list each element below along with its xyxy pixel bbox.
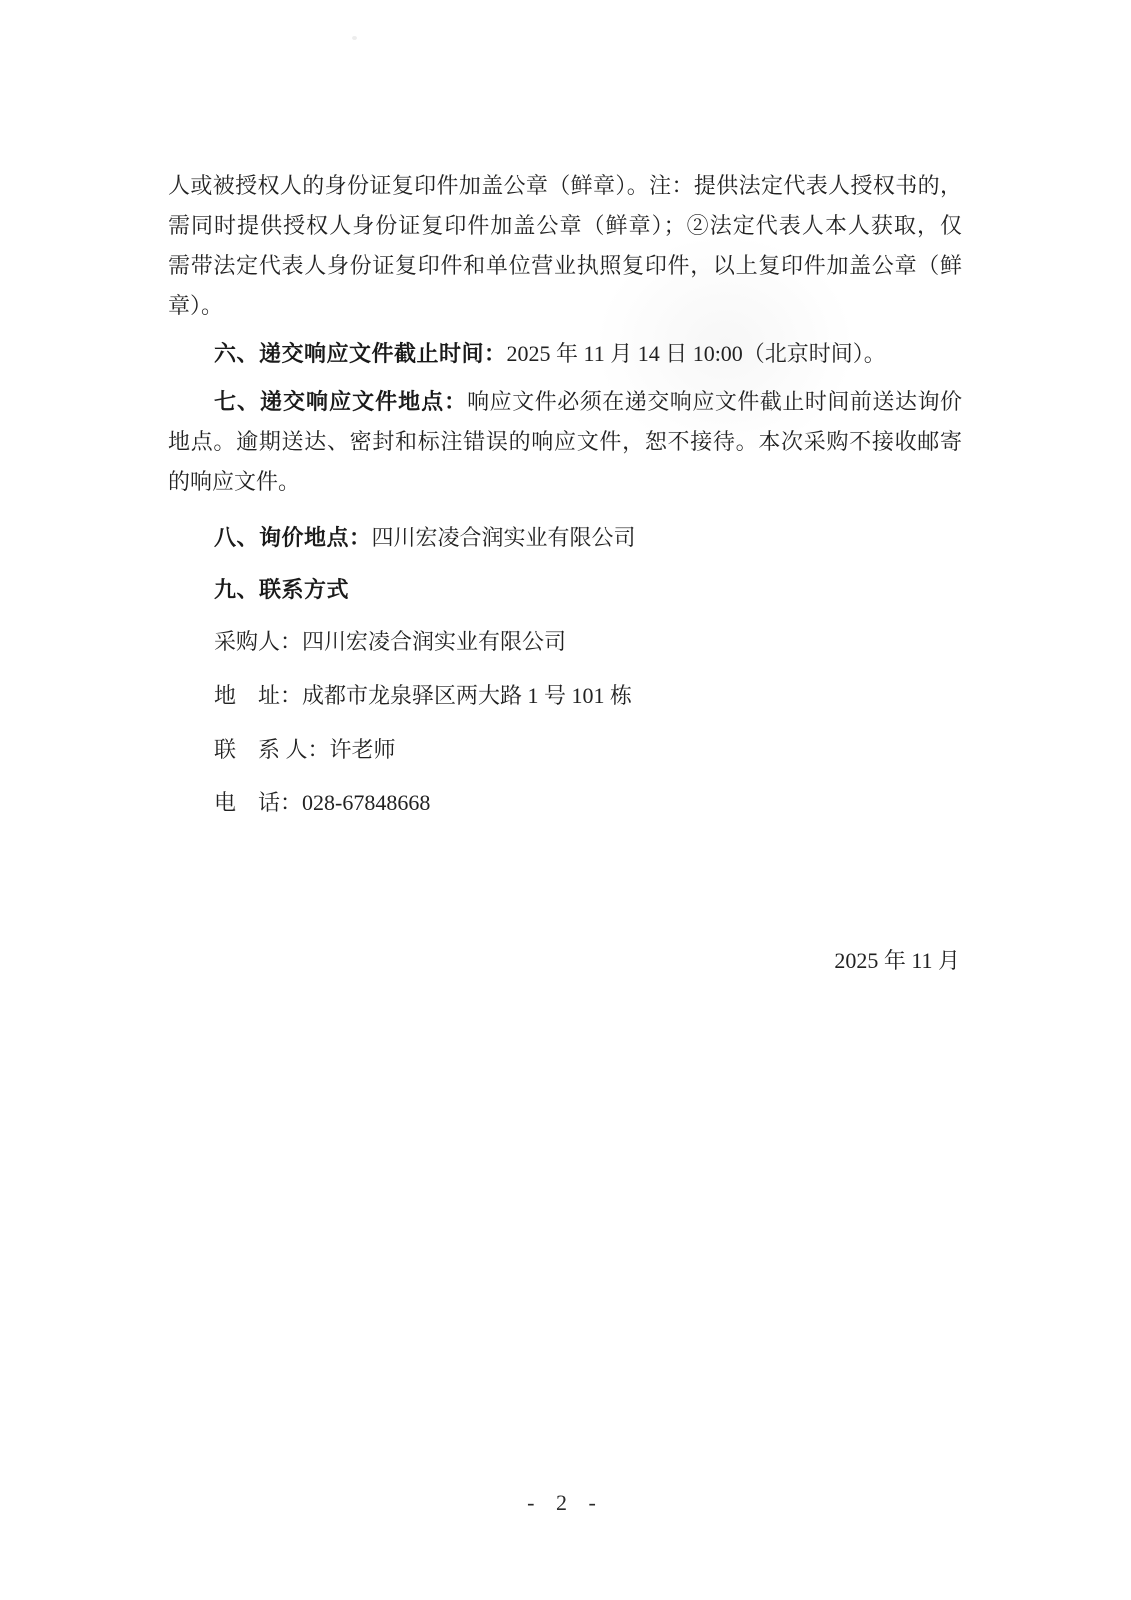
page-number: - 2 - [0,1490,1131,1516]
body-line: 需同时提供授权人身份证复印件加盖公章（鲜章）；②法定代表人本人获取，仅 [168,206,962,246]
contact-person: 联 系 人：许老师 [168,730,962,770]
contact-phone: 电 话：028-67848668 [168,783,962,823]
section-delivery-label: 七、递交响应文件地点： [214,389,467,414]
paragraph-continuation: 人或被授权人的身份证复印件加盖公章（鲜章）。注：提供法定代表人授权书的， 需同时… [168,166,962,326]
section-deadline-label: 六、递交响应文件截止时间： [214,341,507,366]
section-inquiry-place-text: 四川宏凌合润实业有限公司 [372,525,636,550]
contact-purchaser-label: 采购人： [214,629,302,654]
document-page: 人或被授权人的身份证复印件加盖公章（鲜章）。注：提供法定代表人授权书的， 需同时… [0,0,1131,1600]
section-delivery-line: 七、递交响应文件地点：响应文件必须在递交响应文件截止时间前送达询价 [168,382,962,422]
section-contact-heading: 九、联系方式 [168,570,962,610]
section-delivery-place: 七、递交响应文件地点：响应文件必须在递交响应文件截止时间前送达询价 地点。逾期送… [168,382,962,502]
section-delivery-text: 响应文件必须在递交响应文件截止时间前送达询价 [467,389,962,414]
contact-purchaser-value: 四川宏凌合润实业有限公司 [302,629,566,654]
section-deadline: 六、递交响应文件截止时间：2025 年 11 月 14 日 10:00（北京时间… [168,334,962,374]
body-line: 需带法定代表人身份证复印件和单位营业执照复印件，以上复印件加盖公章（鲜 [168,246,962,286]
section-deadline-text: 2025 年 11 月 14 日 10:00（北京时间）。 [507,341,886,366]
contact-phone-label: 电 话： [214,790,302,815]
section-delivery-line: 地点。逾期送达、密封和标注错误的响应文件，恕不接待。本次采购不接收邮寄 [168,422,962,462]
contact-person-label: 联 系 人： [214,737,330,762]
contact-purchaser: 采购人：四川宏凌合润实业有限公司 [168,622,962,662]
contact-address-value: 成都市龙泉驿区两大路 1 号 101 栋 [302,683,632,708]
contact-person-value: 许老师 [330,737,396,762]
contact-phone-value: 028-67848668 [302,790,430,815]
document-body: 人或被授权人的身份证复印件加盖公章（鲜章）。注：提供法定代表人授权书的， 需同时… [168,166,962,823]
body-line: 人或被授权人的身份证复印件加盖公章（鲜章）。注：提供法定代表人授权书的， [168,166,962,206]
scan-speck [352,36,357,40]
contact-address: 地 址：成都市龙泉驿区两大路 1 号 101 栋 [168,676,962,716]
body-line: 章）。 [168,286,962,326]
section-contact-label: 九、联系方式 [214,577,349,602]
section-delivery-line: 的响应文件。 [168,462,962,502]
section-inquiry-place-label: 八、询价地点： [214,525,372,550]
section-inquiry-place: 八、询价地点：四川宏凌合润实业有限公司 [168,518,962,558]
contact-address-label: 地 址： [214,683,302,708]
document-date: 2025 年 11 月 [834,941,960,981]
